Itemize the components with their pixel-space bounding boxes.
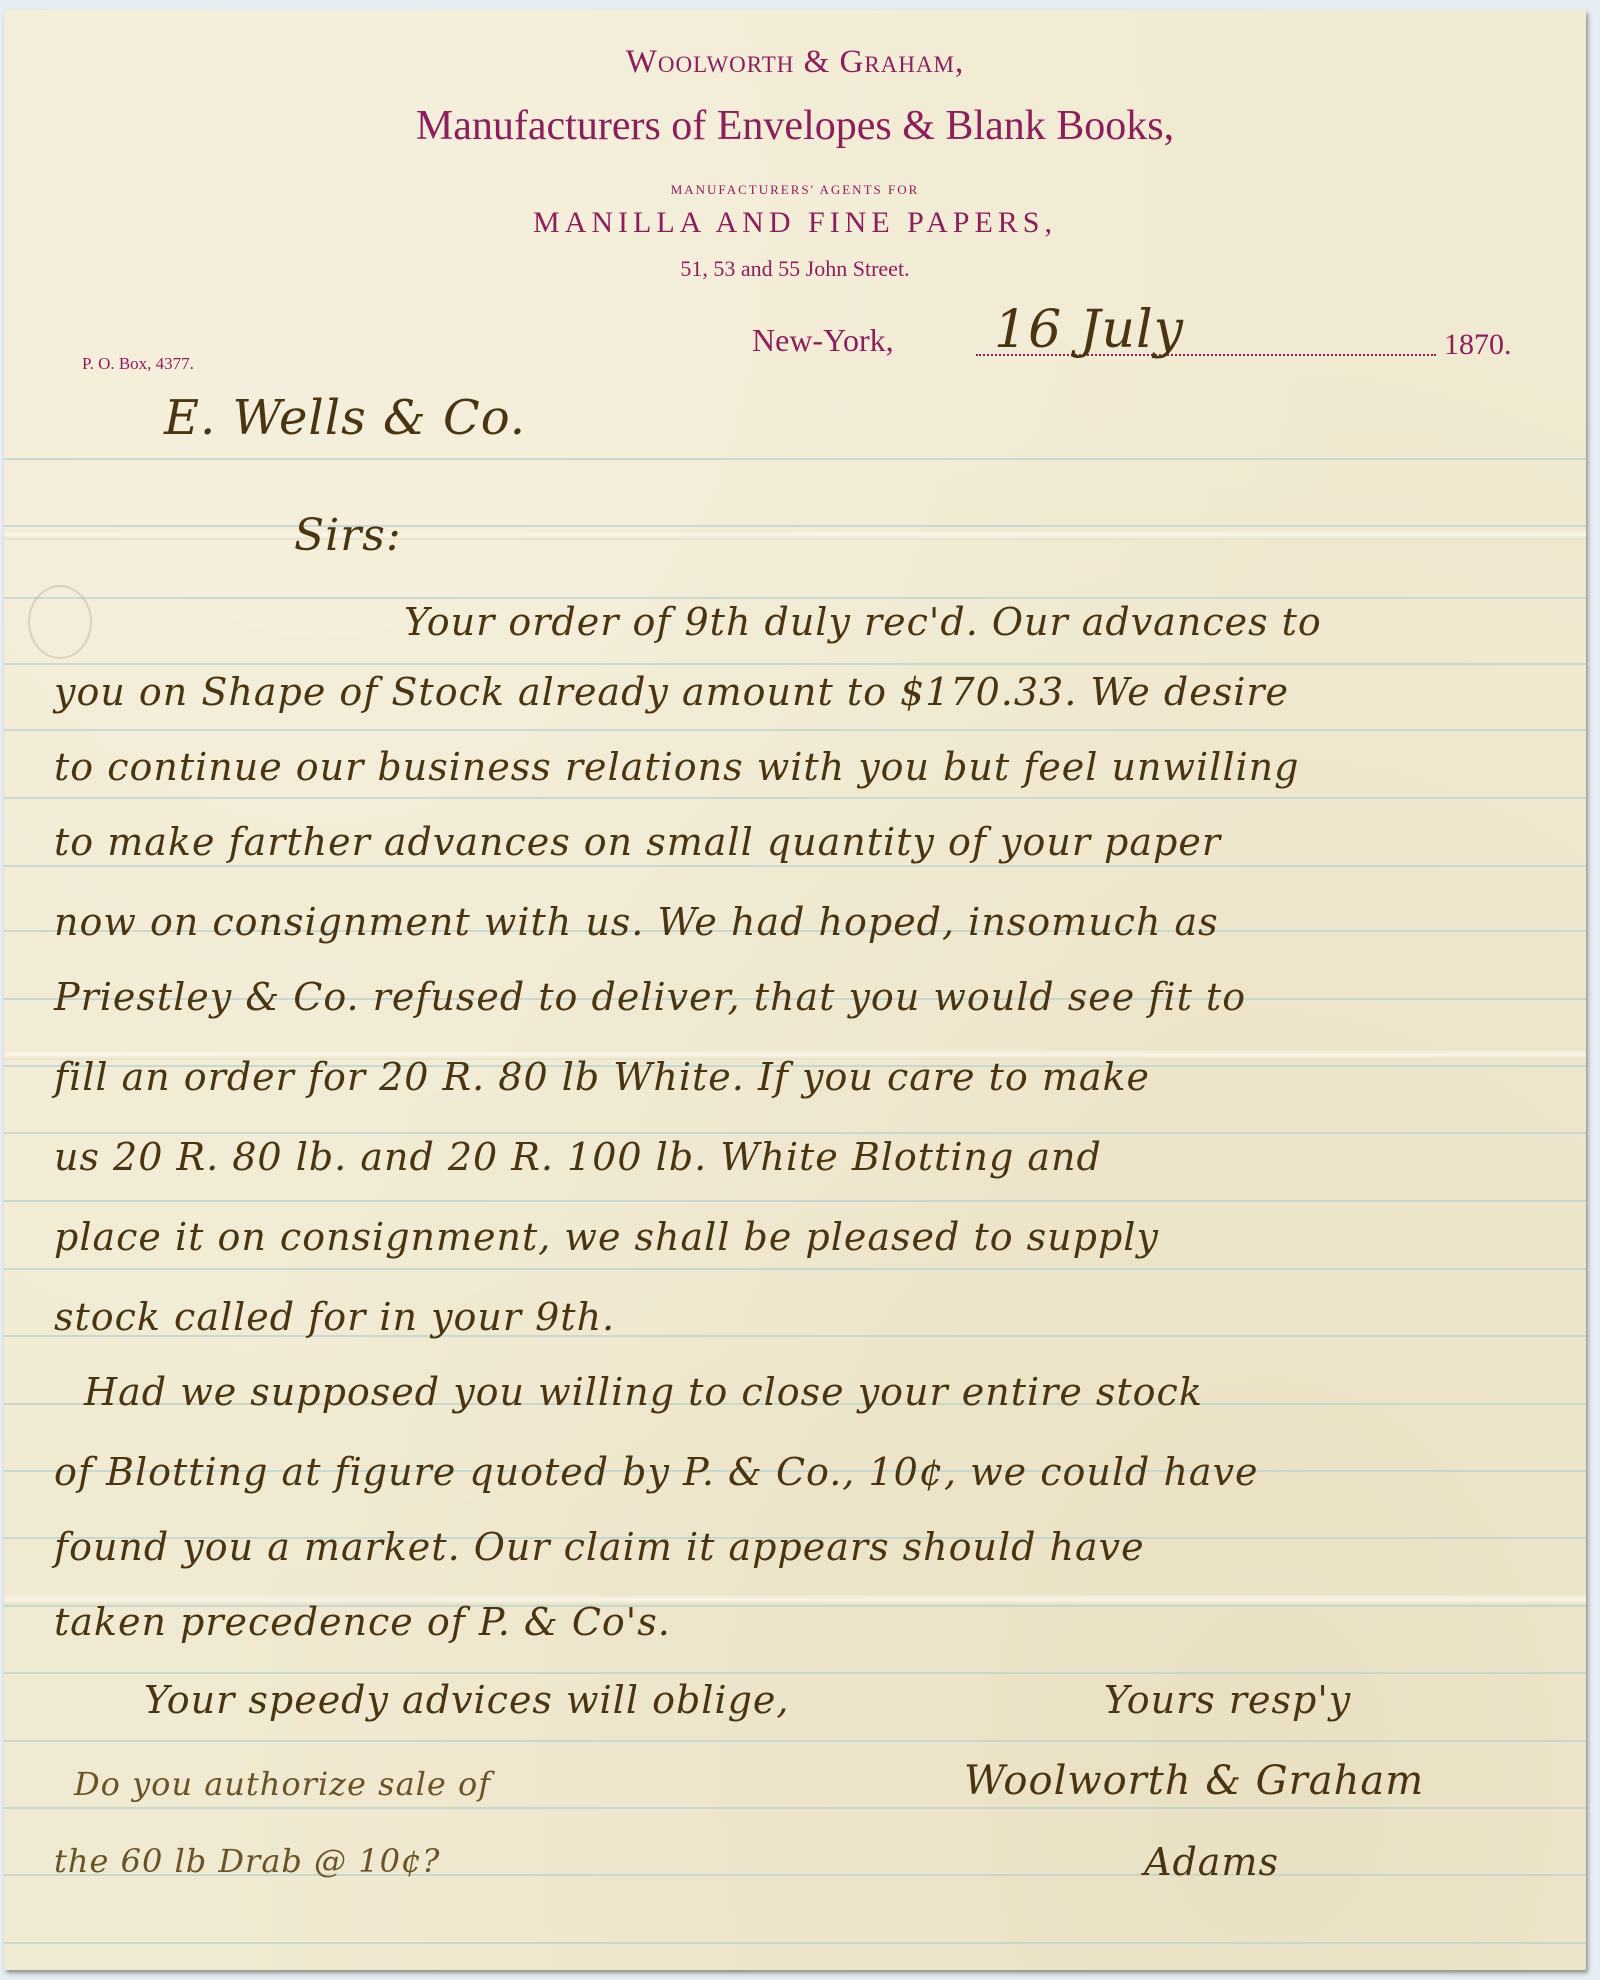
body-line: Your speedy advices will oblige, [144, 1678, 789, 1722]
addressee: E. Wells & Co. [164, 390, 526, 446]
ruled-line [4, 1132, 1586, 1134]
body-line: Had we supposed you willing to close you… [84, 1370, 1203, 1414]
postscript-line: Do you authorize sale of [74, 1765, 491, 1803]
letterhead-address: 51, 53 and 55 John Street. [4, 256, 1586, 282]
ruled-line [4, 597, 1586, 599]
ruled-line [4, 1672, 1586, 1674]
ruled-line [4, 663, 1586, 665]
body-line: found you a market. Our claim it appears… [54, 1525, 1145, 1569]
body-line: to continue our business relations with … [54, 745, 1299, 789]
ruled-line [4, 1942, 1586, 1944]
body-line: place it on consignment, we shall be ple… [54, 1215, 1159, 1259]
body-line: you on Shape of Stock already amount to … [54, 670, 1289, 714]
ruled-line [4, 729, 1586, 731]
signer: Adams [1144, 1840, 1279, 1884]
letter-sheet: Woolworth & Graham, Manufacturers of Env… [4, 10, 1586, 1970]
body-line: now on consignment with us. We had hoped… [54, 900, 1219, 944]
letterhead-trade: Manufacturers of Envelopes & Blank Books… [4, 102, 1586, 150]
ruled-line [4, 1268, 1586, 1270]
ruled-line [4, 458, 1586, 460]
ruled-line [4, 525, 1586, 527]
body-line: to make farther advances on small quanti… [54, 820, 1221, 864]
body-line: Priestley & Co. refused to deliver, that… [54, 975, 1246, 1019]
ruled-line [4, 1200, 1586, 1202]
faded-stamp-mark [28, 585, 92, 659]
body-line: taken precedence of P. & Co's. [54, 1600, 671, 1644]
paper-fold [4, 530, 1586, 540]
ruled-line [4, 865, 1586, 867]
ruled-line [4, 1740, 1586, 1742]
body-line: fill an order for 20 R. 80 lb White. If … [54, 1055, 1150, 1099]
salutation: Sirs: [294, 510, 402, 561]
body-line: of Blotting at figure quoted by P. & Co.… [54, 1450, 1259, 1494]
body-line: Your order of 9th duly rec'd. Our advanc… [404, 600, 1322, 644]
closing: Yours resp'y [1104, 1678, 1351, 1722]
city: New-York, [752, 322, 894, 359]
ruled-line [4, 797, 1586, 799]
ruled-line [4, 1807, 1586, 1809]
handwritten-date: 16 July [994, 300, 1184, 360]
letterhead-firm-name: Woolworth & Graham, [4, 44, 1586, 81]
body-line: us 20 R. 80 lb. and 20 R. 100 lb. White … [54, 1135, 1102, 1179]
signature: Woolworth & Graham [964, 1758, 1424, 1804]
year: 1870. [1444, 328, 1512, 362]
body-line: stock called for in your 9th. [54, 1295, 615, 1339]
letterhead-papers: MANILLA AND FINE PAPERS, [4, 206, 1586, 240]
letterhead-agents: Manufacturers' Agents for [4, 182, 1586, 198]
postscript-line: the 60 lb Drab @ 10¢? [54, 1842, 440, 1880]
po-box: P. O. Box, 4377. [82, 354, 194, 374]
